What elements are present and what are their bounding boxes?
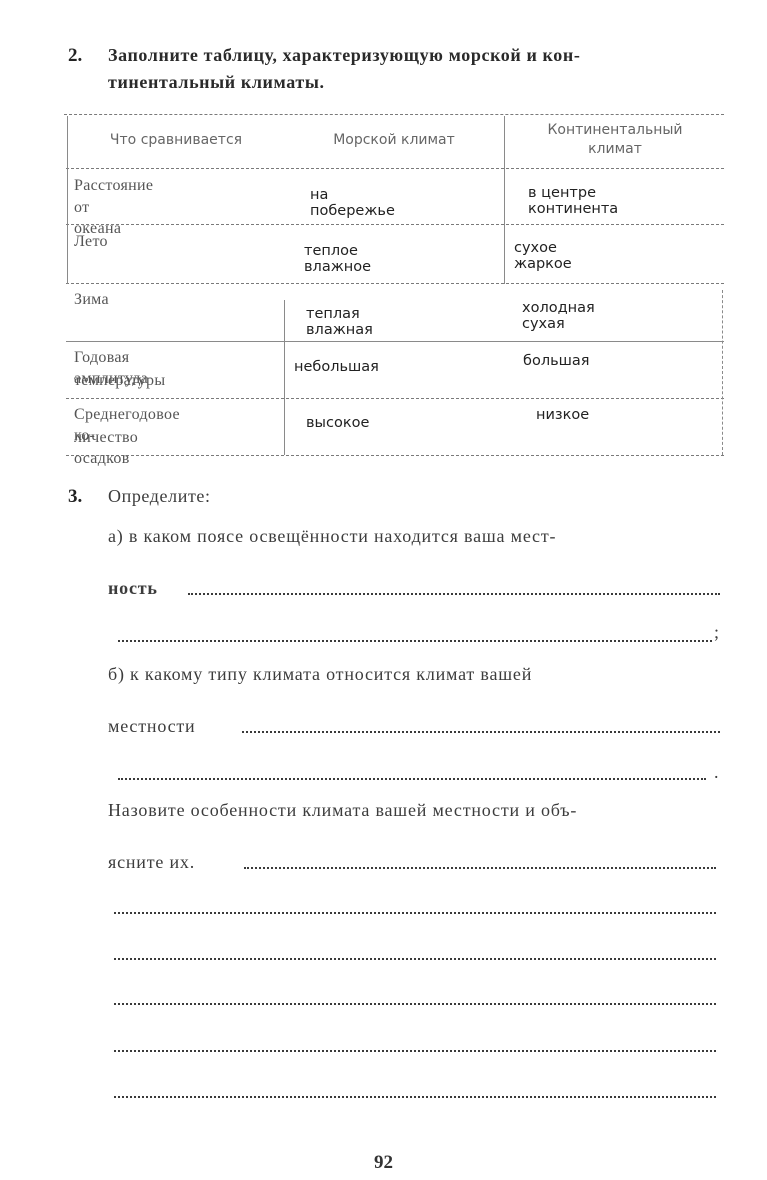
row-label: температуры [74,370,165,391]
header-what-compared: Что сравнивается [70,131,282,150]
question-c-label: ясните их. [108,852,195,873]
table-border-top [64,114,724,115]
answer-maritime: небольшая [294,359,379,375]
answer-maritime: высокое [306,415,369,431]
answer-c-line-6[interactable] [114,1096,716,1098]
row-label: Зима [74,289,109,310]
table-divider [66,398,724,399]
row-label: личество осадков [74,427,138,469]
answer-b-line-2[interactable] [118,778,706,780]
answer-b-line-1[interactable] [242,731,720,733]
row-label: Лето [74,231,108,252]
table-divider [66,168,724,169]
question-a-text: а) в каком поясе освещённости находится … [108,526,556,547]
answer-maritime: теплая влажная [306,306,373,338]
header-continental-climate: Континентальный климат [540,121,690,159]
task-3-title: Определите: [108,486,211,507]
table-divider [66,283,724,284]
question-a-label: ность [108,578,158,599]
answer-continental: холодная сухая [522,300,595,332]
header-maritime-climate: Морской климат [288,131,500,150]
answer-c-line-1[interactable] [244,867,716,869]
table-border-bottom [66,455,724,456]
answer-c-line-4[interactable] [114,1003,716,1005]
question-c-text: Назовите особенности климата вашей местн… [108,800,577,821]
answer-continental: в центре континента [528,185,618,217]
row-label: Расстояние [74,175,153,196]
table-border-left [67,116,68,284]
question-a-end-mark: ; [714,622,720,643]
answer-continental: низкое [536,407,589,423]
answer-maritime: на побережье [310,187,395,219]
table-column-divider [504,116,505,284]
task-2-number: 2. [68,45,82,67]
table-column-divider [284,300,285,455]
question-b-end-mark: . [714,762,719,783]
answer-a-line-2[interactable] [118,640,712,642]
answer-continental: большая [523,353,590,369]
question-b-text: б) к какому типу климата относится клима… [108,664,532,685]
table-divider [66,341,724,342]
answer-c-line-2[interactable] [114,912,716,914]
table-divider [66,224,724,225]
task-2-text-line-1: Заполните таблицу, характеризующую морск… [108,45,580,66]
answer-continental: сухое жаркое [514,240,572,272]
task-2-text-line-2: тинентальный климаты. [108,72,325,93]
answer-c-line-3[interactable] [114,958,716,960]
page-number: 92 [0,1152,767,1174]
answer-a-line-1[interactable] [188,593,720,595]
answer-c-line-5[interactable] [114,1050,716,1052]
task-3-number: 3. [68,486,82,508]
question-b-label: местности [108,716,195,737]
table-border-right [722,290,723,455]
answer-maritime: теплое влажное [304,243,371,275]
